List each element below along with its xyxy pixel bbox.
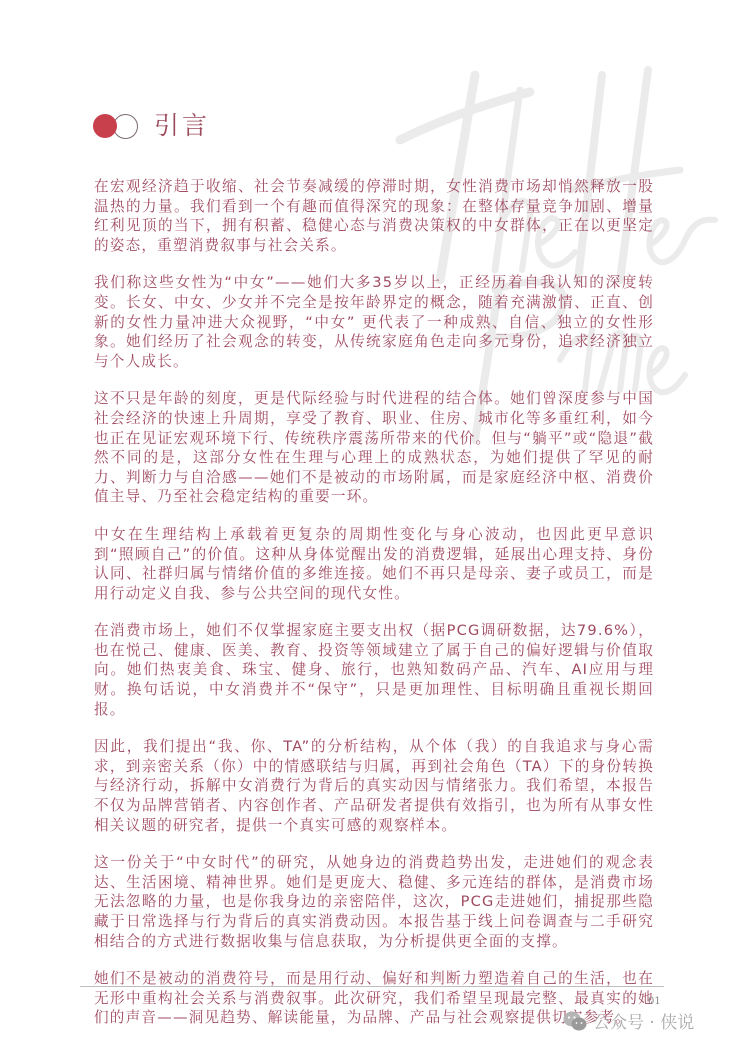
paragraph-7: 这一份关于“中女时代”的研究，从她身边的消费趋势出发，走进她们的观念表达、生活困…: [94, 853, 654, 951]
wechat-watermark: 公众号 · 侠说: [563, 1008, 694, 1033]
paragraph-3: 这不只是年龄的刻度，更是代际经验与时代进程的结合体。她们曾深度参与中国社会经济的…: [94, 389, 654, 507]
wechat-icon: [563, 1010, 587, 1032]
page-number: 01: [648, 996, 661, 1007]
paragraph-1: 在宏观经济趋于收缩、社会节奏减缓的停滞时期，女性消费市场却悄然释放一股温热的力量…: [94, 177, 654, 255]
paragraph-4: 中女在生理结构上承载着更复杂的周期性变化与身心波动，也因此更早意识到“照顾自己”…: [94, 525, 654, 603]
paragraph-6: 因此，我们提出“我、你、TA”的分析结构，从个体（我）的自我追求与身心需求，到亲…: [94, 737, 654, 835]
paragraph-2: 我们称这些女性为“中女”——她们大多35岁以上，正经历着自我认知的深度转变。长女…: [94, 273, 654, 371]
paragraph-5: 在消费市场上，她们不仅掌握家庭主要支出权（据PCG调研数据，达79.6%），也在…: [94, 621, 654, 719]
section-title: 引言: [154, 110, 210, 142]
footer-divider: [80, 986, 664, 987]
introduction-body: 在宏观经济趋于收缩、社会节奏减缓的停滞时期，女性消费市场却悄然释放一股温热的力量…: [94, 177, 654, 1046]
wechat-account-label: 公众号 · 侠说: [593, 1008, 694, 1033]
section-header: 引言: [93, 110, 210, 142]
filled-circle-icon: [93, 114, 117, 138]
